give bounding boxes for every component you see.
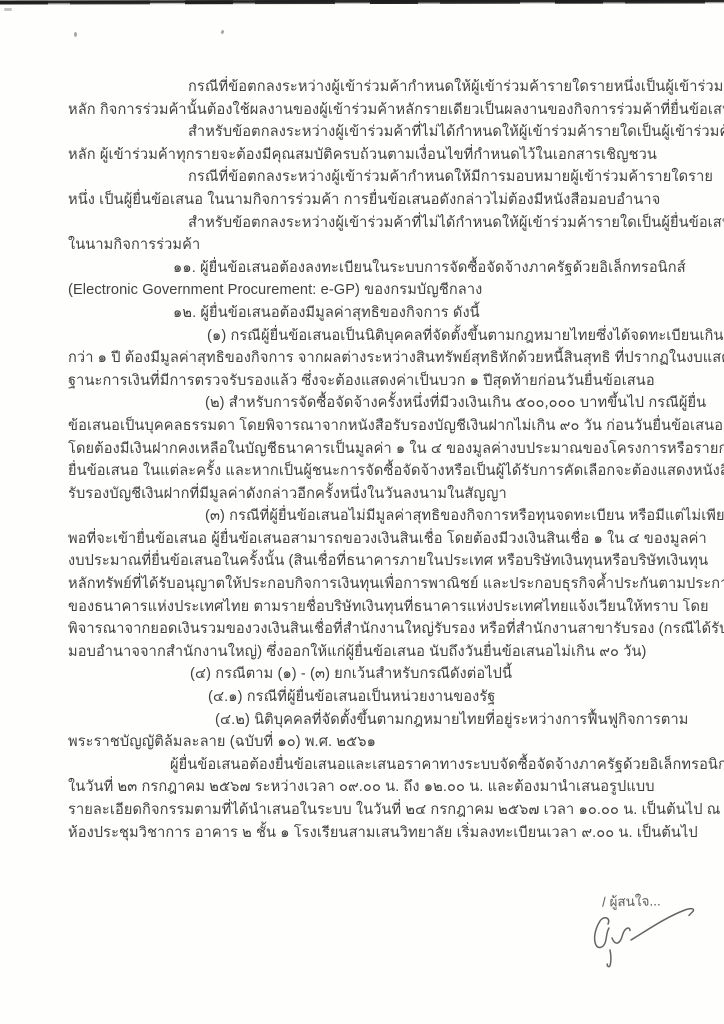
text-line: ข้อเสนอเป็นบุคคลธรรมดา โดยพิจารณาจากหนัง… xyxy=(68,415,668,438)
paragraph: สำหรับข้อตกลงระหว่างผู้เข้าร่วมค้าที่ไม่… xyxy=(68,212,668,257)
text-line: พระราชบัญญัติล้มละลาย (ฉบับที่ ๑๐) พ.ศ. … xyxy=(68,731,668,754)
document-page: กรณีที่ข้อตกลงระหว่างผู้เข้าร่วมค้ากำหนด… xyxy=(0,0,724,1024)
text-line: รับรองบัญชีเงินฝากที่มีมูลค่าดังกล่าวอีก… xyxy=(68,483,668,506)
paragraph: (๓) กรณีที่ผู้ยื่นข้อเสนอไม่มีมูลค่าสุทธ… xyxy=(68,505,668,663)
text-line: ผู้ยื่นข้อเสนอต้องยื่นข้อเสนอและเสนอราคา… xyxy=(68,754,668,777)
text-line: ในวันที่ ๒๓ กรกฎาคม ๒๕๖๗ ระหว่างเวลา ๐๙.… xyxy=(68,776,668,799)
paragraph: (๔.๑) กรณีที่ผู้ยื่นข้อเสนอเป็นหน่วยงานข… xyxy=(68,686,668,709)
text-line: (๓) กรณีที่ผู้ยื่นข้อเสนอไม่มีมูลค่าสุทธ… xyxy=(68,505,668,528)
paragraph: ๑๒. ผู้ยื่นข้อเสนอต้องมีมูลค่าสุทธิของกิ… xyxy=(68,302,668,325)
text-line: หลัก ผู้เข้าร่วมค้าทุกรายจะต้องมีคุณสมบั… xyxy=(68,144,668,167)
document-body: กรณีที่ข้อตกลงระหว่างผู้เข้าร่วมค้ากำหนด… xyxy=(68,76,668,844)
scan-speck xyxy=(74,32,77,37)
scan-speck xyxy=(4,8,12,11)
paragraph: (๔.๒) นิติบุคคลที่จัดตั้งขึ้นตามกฎหมายไท… xyxy=(68,709,668,754)
text-line: รายละเอียดกิจกรรมตามที่ได้นำเสนอในระบบ ใ… xyxy=(68,799,668,822)
text-line: พอที่จะเข้ายื่นข้อเสนอ ผู้ยื่นข้อเสนอสาม… xyxy=(68,528,668,551)
paragraph: (๒) สำหรับการจัดซื้อจัดจ้างครั้งหนึ่งที่… xyxy=(68,392,668,505)
paragraph: (๑) กรณีผู้ยื่นข้อเสนอเป็นนิติบุคคลที่จั… xyxy=(68,325,668,393)
text-line: งบประมาณที่ยื่นข้อเสนอในครั้งนั้น (สินเช… xyxy=(68,550,668,573)
text-line: (๔.๒) นิติบุคคลที่จัดตั้งขึ้นตามกฎหมายไท… xyxy=(68,709,668,732)
text-line: (๑) กรณีผู้ยื่นข้อเสนอเป็นนิติบุคคลที่จั… xyxy=(68,325,668,348)
text-line: โดยต้องมีเงินฝากคงเหลือในบัญชีธนาคารเป็น… xyxy=(68,438,668,461)
text-line: ๑๒. ผู้ยื่นข้อเสนอต้องมีมูลค่าสุทธิของกิ… xyxy=(68,302,668,325)
text-line: ห้องประชุมวิชาการ อาคาร ๒ ชั้น ๑ โรงเรีย… xyxy=(68,822,668,845)
paragraph: ผู้ยื่นข้อเสนอต้องยื่นข้อเสนอและเสนอราคา… xyxy=(68,754,668,844)
text-line: กรณีที่ข้อตกลงระหว่างผู้เข้าร่วมค้ากำหนด… xyxy=(68,76,668,99)
text-line: สำหรับข้อตกลงระหว่างผู้เข้าร่วมค้าที่ไม่… xyxy=(68,121,668,144)
text-line: มอบอำนาจจากสำนักงานใหญ่) ซึ่งออกให้แก่ผู… xyxy=(68,641,668,664)
text-line: ๑๑. ผู้ยื่นข้อเสนอต้องลงทะเบียนในระบบการ… xyxy=(68,257,668,280)
text-line: พิจารณาจากยอดเงินรวมของวงเงินสินเชื่อที่… xyxy=(68,618,668,641)
paragraph: กรณีที่ข้อตกลงระหว่างผู้เข้าร่วมค้ากำหนด… xyxy=(68,166,668,211)
paragraph: ๑๑. ผู้ยื่นข้อเสนอต้องลงทะเบียนในระบบการ… xyxy=(68,257,668,302)
text-line: (Electronic Government Procurement: e-GP… xyxy=(68,279,668,302)
scan-edge-artifact xyxy=(0,0,724,5)
text-line: (๒) สำหรับการจัดซื้อจัดจ้างครั้งหนึ่งที่… xyxy=(68,392,668,415)
text-line: ฐานะการเงินที่มีการตรวจรับรองแล้ว ซึ่งจะ… xyxy=(68,370,668,393)
scan-speck xyxy=(220,30,224,35)
text-line: หนึ่ง เป็นผู้ยื่นข้อเสนอ ในนามกิจการร่วม… xyxy=(68,189,668,212)
text-line: (๔.๑) กรณีที่ผู้ยื่นข้อเสนอเป็นหน่วยงานข… xyxy=(68,686,668,709)
text-line: สำหรับข้อตกลงระหว่างผู้เข้าร่วมค้าที่ไม่… xyxy=(68,212,668,235)
paragraph: (๔) กรณีตาม (๑) - (๓) ยกเว้นสำหรับกรณีดั… xyxy=(68,663,668,686)
text-line: ของธนาคารแห่งประเทศไทย ตามรายชื่อบริษัทเ… xyxy=(68,596,668,619)
text-line: ในนามกิจการร่วมค้า xyxy=(68,234,668,257)
paragraph: กรณีที่ข้อตกลงระหว่างผู้เข้าร่วมค้ากำหนด… xyxy=(68,76,668,121)
text-line: กรณีที่ข้อตกลงระหว่างผู้เข้าร่วมค้ากำหนด… xyxy=(68,166,668,189)
handwritten-signature-icon xyxy=(585,897,710,972)
paragraph: สำหรับข้อตกลงระหว่างผู้เข้าร่วมค้าที่ไม่… xyxy=(68,121,668,166)
text-line: กว่า ๑ ปี ต้องมีมูลค่าสุทธิของกิจการ จาก… xyxy=(68,347,668,370)
text-line: หลักทรัพย์ที่ได้รับอนุญาตให้ประกอบกิจการ… xyxy=(68,573,668,596)
text-line: (๔) กรณีตาม (๑) - (๓) ยกเว้นสำหรับกรณีดั… xyxy=(68,663,668,686)
text-line: ยื่นข้อเสนอ ในแต่ละครั้ง และหากเป็นผู้ชน… xyxy=(68,460,668,483)
text-line: หลัก กิจการร่วมค้านั้นต้องใช้ผลงานของผู้… xyxy=(68,99,668,122)
continuation-mark: / ผู้สนใจ... xyxy=(602,889,661,912)
